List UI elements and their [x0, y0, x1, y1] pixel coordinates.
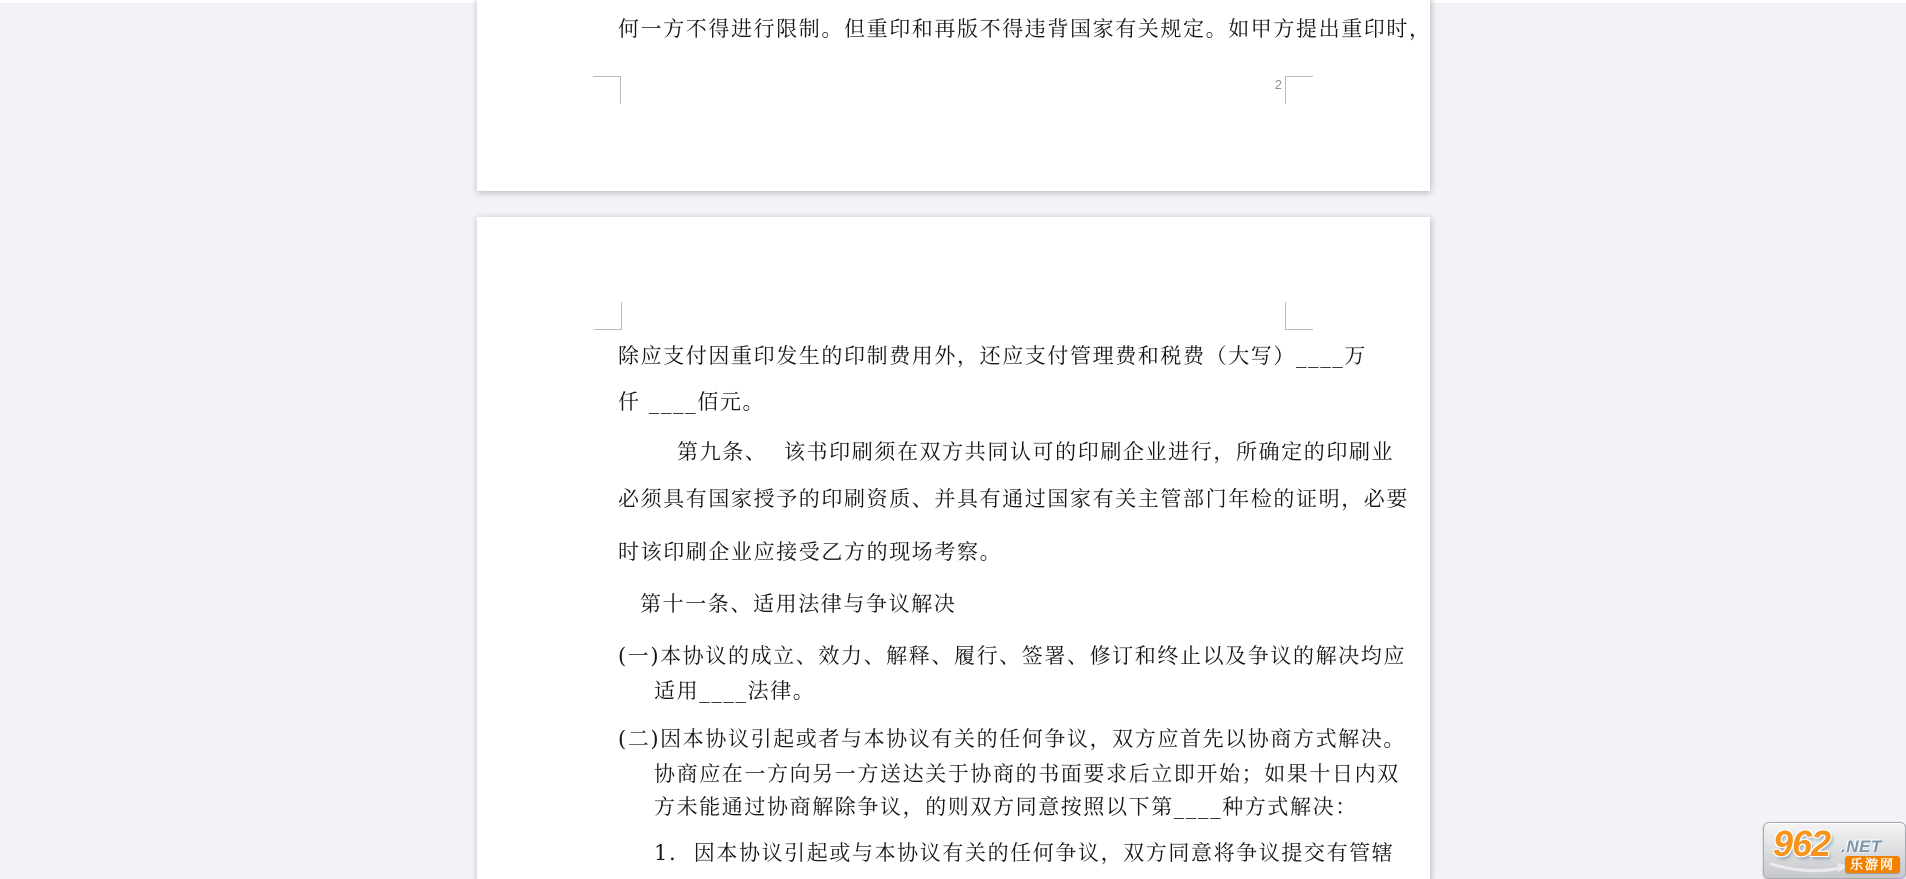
document-text-line: (一)本协议的成立、效力、解释、履行、签署、修订和终止以及争议的解决均应: [618, 643, 1406, 669]
watermark-badge[interactable]: 962 .NET 乐游网: [1763, 822, 1906, 879]
margin-corner-mark-bottom-left: [593, 76, 621, 104]
document-text-line: 适用____法律。: [654, 678, 815, 704]
page-number: 2: [1262, 77, 1282, 92]
document-text-line: 时该印刷企业应接受乙方的现场考察。: [618, 539, 1002, 565]
watermark-brand-number: 962: [1773, 824, 1830, 864]
document-text-line: 第十一条、适用法律与争议解决: [640, 591, 956, 617]
document-text-line: 方未能通过协商解除争议，的则双方同意按照以下第____种方式解决：: [654, 794, 1358, 820]
margin-corner-mark-bottom-right: [1285, 76, 1313, 104]
document-text-line: 协商应在一方向另一方送达关于协商的书面要求后立即开始；如果十日内双: [654, 761, 1400, 787]
watermark-site-label: 乐游网: [1845, 856, 1900, 873]
margin-corner-mark-top-left: [594, 302, 622, 330]
app-canvas: { "app": { "background_color": "#f2f3f6"…: [0, 0, 1906, 879]
document-text-line: 除应支付因重印发生的印制费用外，还应支付管理费和税费（大写）____万: [618, 343, 1367, 369]
document-text-line: 仟 ____佰元。: [618, 389, 765, 415]
document-text-line: 必须具有国家授予的印刷资质、并具有通过国家有关主管部门年检的证明，必要: [618, 486, 1409, 512]
document-text-line: 第九条、 该书印刷须在双方共同认可的印刷企业进行，所确定的印刷业: [677, 439, 1394, 465]
margin-corner-mark-top-right: [1285, 302, 1313, 330]
watermark-domain-label: .NET: [1841, 837, 1882, 857]
swoosh-arrow-icon: [1769, 860, 1855, 876]
document-text-line: (二)因本协议引起或者与本协议有关的任何争议，双方应首先以协商方式解决。: [618, 726, 1406, 752]
document-text-line: 何一方不得进行限制。但重印和再版不得违背国家有关规定。如甲方提出重印时，: [618, 16, 1432, 42]
document-text-line: 1. 因本协议引起或与本协议有关的任何争议，双方同意将争议提交有管辖: [654, 840, 1394, 866]
